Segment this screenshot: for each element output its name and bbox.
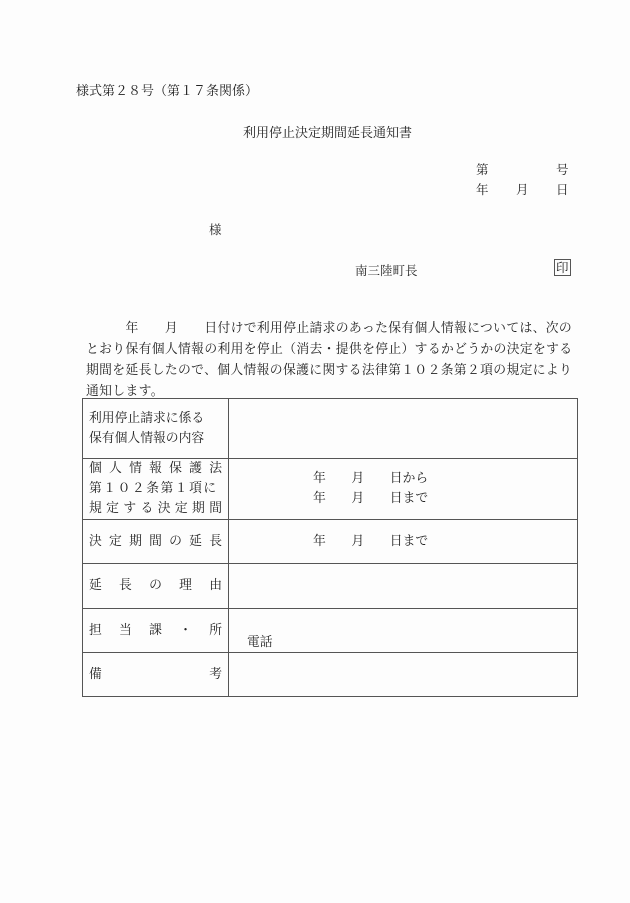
details-table: 利用停止請求に係る 保有個人情報の内容 個人情報保護法 第１０２条第１項に 規定…	[82, 398, 578, 697]
paragraph-line: 年 月 日付けで利用停止請求のあった保有個人情報については、次の	[86, 318, 582, 339]
value-department[interactable]: 電話	[229, 609, 578, 653]
doc-number-suffix: 号	[556, 160, 569, 178]
period-from: 年 月 日から	[313, 469, 577, 489]
notice-paragraph: 年 月 日付けで利用停止請求のあった保有個人情報については、次の とおり保有個人…	[86, 318, 582, 402]
value-decision-period[interactable]: 年 月 日から 年 月 日まで	[229, 459, 578, 520]
label-line: 規定する決定期間	[89, 499, 222, 519]
row-extension: 決定期間の延長 年 月 日まで	[83, 520, 578, 564]
label-line: 備考	[89, 665, 222, 685]
value-request-content[interactable]	[229, 399, 578, 459]
label-line: 保有個人情報の内容	[89, 429, 222, 449]
label-line: 延長の理由	[89, 576, 222, 596]
paragraph-line: とおり保有個人情報の利用を停止（消去・提供を停止）するかどうかの決定をする	[86, 339, 582, 360]
phone-label: 電話	[247, 631, 577, 650]
seal-icon: 印	[554, 259, 571, 276]
value-reason[interactable]	[229, 564, 578, 609]
extension-date: 年 月 日まで	[313, 532, 577, 552]
label-line: 利用停止請求に係る	[89, 409, 222, 429]
period-to: 年 月 日まで	[313, 489, 577, 509]
value-extension[interactable]: 年 月 日まで	[229, 520, 578, 564]
label-line: 第１０２条第１項に	[89, 479, 222, 499]
paragraph-line: 期間を延長したので、個人情報の保護に関する法律第１０２条第２項の規定により	[86, 360, 582, 381]
row-reason: 延長の理由	[83, 564, 578, 609]
sender-name: 南三陸町長	[355, 261, 418, 279]
row-request-content: 利用停止請求に係る 保有個人情報の内容	[83, 399, 578, 459]
date-year: 年	[476, 180, 489, 198]
label-line: 個人情報保護法	[89, 459, 222, 479]
row-remarks: 備考	[83, 653, 578, 697]
date-day: 日	[556, 180, 569, 198]
label-line: 決定期間の延長	[89, 532, 222, 552]
seal-mark: 印	[554, 259, 571, 276]
addressee-suffix: 様	[209, 220, 222, 238]
form-number: 様式第２８号（第１７条関係）	[76, 80, 258, 99]
row-department: 担当課・所 電話	[83, 609, 578, 653]
date-month: 月	[516, 180, 529, 198]
row-decision-period: 個人情報保護法 第１０２条第１項に 規定する決定期間 年 月 日から 年 月 日…	[83, 459, 578, 520]
label-line: 担当課・所	[89, 621, 222, 641]
doc-number-prefix: 第	[476, 160, 489, 178]
value-remarks[interactable]	[229, 653, 578, 697]
document-title: 利用停止決定期間延長通知書	[243, 122, 412, 141]
